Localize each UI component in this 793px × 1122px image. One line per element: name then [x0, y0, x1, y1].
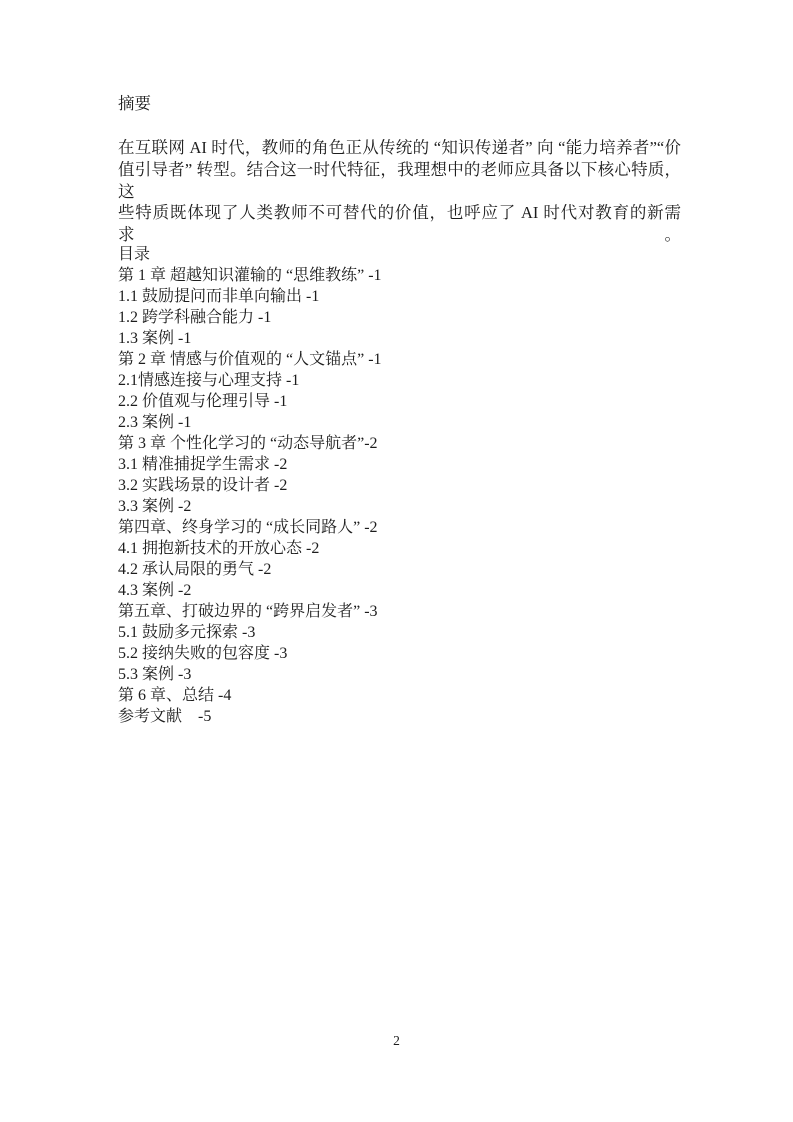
toc-entry-4-1: 4.1 拥抱新技术的开放心态 -2: [118, 538, 718, 559]
toc-entry-3-2: 3.2 实践场景的设计者 -2: [118, 475, 718, 496]
toc-entry-1-3: 1.3 案例 -1: [118, 328, 718, 349]
toc-entry-5-2: 5.2 接纳失败的包容度 -3: [118, 643, 718, 664]
toc-entry-4-3: 4.3 案例 -2: [118, 580, 718, 601]
toc-entry-3-1: 3.1 精准捕捉学生需求 -2: [118, 454, 718, 475]
toc-entry-chapter-4: 第四章、终身学习的 “成长同路人” -2: [118, 517, 718, 538]
page-number: 2: [0, 1032, 793, 1050]
toc-entry-5-3: 5.3 案例 -3: [118, 664, 718, 685]
abstract-line: 值引导者” 转型。结合这一时代特征，我理想中的老师应具备以下核心特质，这: [118, 159, 681, 203]
abstract-heading: 摘要: [118, 93, 151, 115]
toc-entry-3-3: 3.3 案例 -2: [118, 496, 718, 517]
toc-entry-chapter-3: 第 3 章 个性化学习的 “动态导航者”-2: [118, 433, 718, 454]
toc-entry-chapter-5: 第五章、打破边界的 “跨界启发者” -3: [118, 601, 718, 622]
abstract-paragraph: 在互联网 AI 时代，教师的角色正从传统的 “知识传递者” 向 “能力培养者”“…: [118, 137, 681, 246]
abstract-line: 些特质既体现了人类教师不可替代的价值，也呼应了 AI 时代对教育的新需求。: [118, 202, 681, 246]
toc-entry-chapter-6: 第 6 章、总结 -4: [118, 685, 718, 706]
toc-entry-chapter-2: 第 2 章 情感与价值观的 “人文锚点” -1: [118, 349, 718, 370]
toc-entry-chapter-1: 第 1 章 超越知识灌输的 “思维教练” -1: [118, 265, 718, 286]
document-page: 摘要 在互联网 AI 时代，教师的角色正从传统的 “知识传递者” 向 “能力培养…: [0, 0, 793, 1122]
toc-entry-references: 参考文献 -5: [118, 706, 718, 727]
toc-entry-1-2: 1.2 跨学科融合能力 -1: [118, 307, 718, 328]
toc-entry-2-3: 2.3 案例 -1: [118, 412, 718, 433]
toc-entry-4-2: 4.2 承认局限的勇气 -2: [118, 559, 718, 580]
table-of-contents: 目录 第 1 章 超越知识灌输的 “思维教练” -1 1.1 鼓励提问而非单向输…: [118, 244, 718, 727]
toc-entry-1-1: 1.1 鼓励提问而非单向输出 -1: [118, 286, 718, 307]
abstract-line: 在互联网 AI 时代，教师的角色正从传统的 “知识传递者” 向 “能力培养者”“…: [118, 137, 681, 159]
toc-entry-5-1: 5.1 鼓励多元探索 -3: [118, 622, 718, 643]
toc-title: 目录: [118, 244, 718, 265]
toc-entry-2-1: 2.1情感连接与心理支持 -1: [118, 370, 718, 391]
toc-entry-2-2: 2.2 价值观与伦理引导 -1: [118, 391, 718, 412]
